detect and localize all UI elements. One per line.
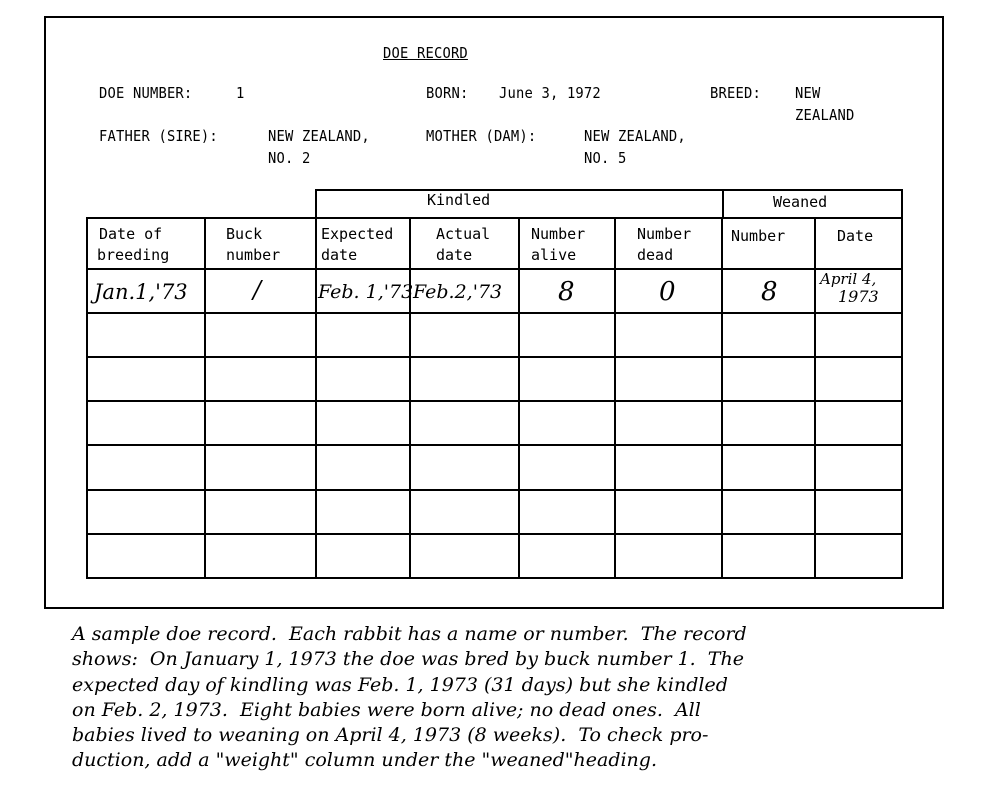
column-header-expected-date-line2: date [321,245,357,265]
column-border [814,217,816,579]
group-header-left-border [315,189,317,219]
column-header-bottom-border [86,268,903,270]
cell-expected-date: Feb. 1,'73 [318,279,413,305]
column-header-top-border [86,217,903,219]
figure-caption: A sample doe record. Each rabbit has a n… [72,622,932,774]
column-border [901,217,903,579]
group-header-right-border [901,189,903,219]
row-border [86,533,903,535]
cell-number-alive: 8 [558,278,575,306]
column-border [204,217,206,579]
row-border [86,312,903,314]
breed-value-line2: ZEALAND [795,105,854,125]
caption-line: on Feb. 2, 1973. Eight babies were born … [72,698,932,723]
cell-actual-date: Feb.2,'73 [413,279,502,305]
record-title: DOE RECORD [383,43,468,63]
caption-line: babies lived to weaning on April 4, 1973… [72,723,932,748]
cell-number-dead: 0 [659,278,676,306]
column-header-date-of-breeding-line2: breeding [97,245,169,265]
column-header-number-dead-line2: dead [637,245,673,265]
row-border [86,489,903,491]
group-header-kindled: Kindled [427,190,490,210]
cell-weaned-date-line1: April 4, [820,271,876,288]
column-header-number-dead-line1: Number [637,224,691,244]
column-border [518,217,520,579]
doe-number-label: DOE NUMBER: [99,83,192,103]
cell-date-of-breeding: Jan.1,'73 [94,279,188,305]
group-header-weaned: Weaned [773,192,827,212]
column-header-actual-date-line1: Actual [436,224,490,244]
column-header-number-alive-line2: alive [531,245,576,265]
column-border [86,217,88,579]
cell-weaned-number: 8 [761,278,778,306]
row-border [86,356,903,358]
mother-value-line1: NEW ZEALAND, [584,126,686,146]
column-border [315,217,317,579]
born-label: BORN: [426,83,468,103]
column-header-buck-number-line1: Buck [226,224,262,244]
father-label: FATHER (SIRE): [99,126,218,146]
mother-label: MOTHER (DAM): [426,126,536,146]
born-value: June 3, 1972 [499,83,601,103]
column-header-date-of-breeding-line1: Date of [99,224,162,244]
column-border [721,217,723,579]
father-value-line2: NO. 2 [268,148,310,168]
table-bottom-border [86,577,903,579]
caption-line: A sample doe record. Each rabbit has a n… [72,622,932,647]
breed-label: BREED: [710,83,761,103]
column-header-weaned-date: Date [837,226,873,246]
row-border [86,444,903,446]
mother-value-line2: NO. 5 [584,148,626,168]
cell-weaned-date-line2: 1973 [838,288,879,305]
column-header-weaned-number: Number [731,226,785,246]
column-header-actual-date-line2: date [436,245,472,265]
caption-line: expected day of kindling was Feb. 1, 197… [72,673,932,698]
column-header-number-alive-line1: Number [531,224,585,244]
caption-line: duction, add a "weight" column under the… [72,748,932,773]
father-value-line1: NEW ZEALAND, [268,126,370,146]
group-header-divider [722,189,724,219]
column-header-buck-number-line2: number [226,245,280,265]
row-border [86,400,903,402]
doe-number-value: 1 [236,83,244,103]
breed-value-line1: NEW [795,83,820,103]
column-border [409,217,411,579]
column-border [614,217,616,579]
caption-line: shows: On January 1, 1973 the doe was br… [72,647,932,672]
cell-buck-number: / [253,277,261,303]
group-header-top-border [315,189,903,191]
column-header-expected-date-line1: Expected [321,224,393,244]
